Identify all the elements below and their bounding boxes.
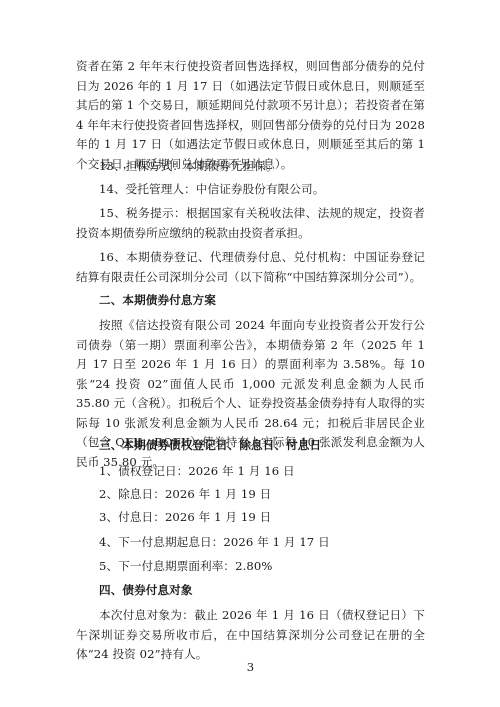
item-14-trustee: 14、受托管理人：中信证券股份有限公司。 (76, 180, 425, 200)
section-3-item-5: 5、下一付息期票面利率：2.80% (76, 557, 425, 577)
item-13-guarantee: 13、担保方式：本期债券无担保。 (76, 157, 425, 177)
item-15-tax: 15、税务提示：根据国家有关税收法律、法规的规定，投资者投资本期债券所应缴纳的税… (76, 204, 425, 243)
item-16-registration: 16、本期债券登记、代理债券付息、兑付机构：中国证券登记结算有限责任公司深圳分公… (76, 248, 425, 287)
page-number: 3 (76, 660, 425, 674)
section-3-item-4: 4、下一付息期起息日：2026 年 1 月 17 日 (76, 533, 425, 553)
section-3-item-3: 3、付息日：2026 年 1 月 19 日 (76, 508, 425, 528)
section-3-item-1: 1、债权登记日：2026 年 1 月 16 日 (76, 462, 425, 482)
section-3-item-2: 2、除息日：2026 年 1 月 19 日 (76, 485, 425, 505)
section-4-heading: 四、债券付息对象 (76, 581, 425, 601)
section-4-body: 本次付息对象为：截止 2026 年 1 月 16 日（债权登记日）下午深圳证券交… (76, 606, 425, 665)
section-2-heading: 二、本期债券付息方案 (76, 291, 425, 311)
section-3-heading: 三、本期债券债权登记日、除息日、付息日 (76, 436, 425, 456)
